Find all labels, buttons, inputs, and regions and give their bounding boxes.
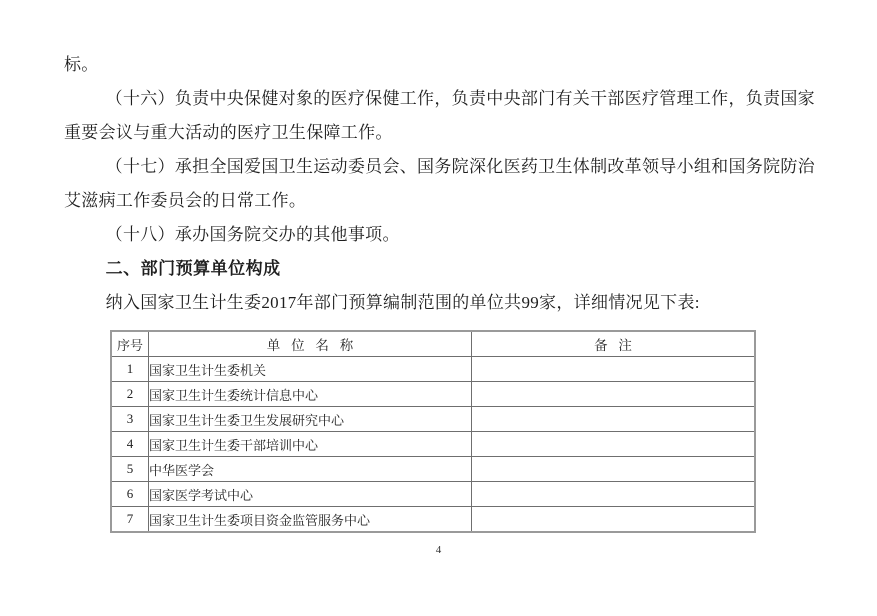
table-row: 6 国家医学考试中心 (111, 482, 755, 507)
table-row: 2 国家卫生计生委统计信息中心 (111, 382, 755, 407)
table-row: 7 国家卫生计生委项目资金监管服务中心 (111, 507, 755, 533)
cell-unit-name: 国家卫生计生委统计信息中心 (149, 382, 472, 407)
cell-serial: 5 (111, 457, 149, 482)
cell-serial: 2 (111, 382, 149, 407)
cell-note (472, 357, 756, 382)
cell-unit-name: 国家医学考试中心 (149, 482, 472, 507)
cell-serial: 1 (111, 357, 149, 382)
units-table: 序号 单 位 名 称 备 注 1 国家卫生计生委机关 2 国家卫生计生委统计信息… (110, 330, 756, 533)
cell-unit-name: 中华医学会 (149, 457, 472, 482)
table-row: 1 国家卫生计生委机关 (111, 357, 755, 382)
paragraph-16: （十六）负责中央保健对象的医疗保健工作，负责中央部门有关干部医疗管理工作，负责国… (64, 82, 815, 150)
table-row: 4 国家卫生计生委干部培训中心 (111, 432, 755, 457)
cell-note (472, 507, 756, 533)
section-heading: 二、部门预算单位构成 (64, 252, 815, 286)
cell-serial: 7 (111, 507, 149, 533)
cell-note (472, 382, 756, 407)
header-serial: 序号 (111, 331, 149, 357)
cell-unit-name: 国家卫生计生委项目资金监管服务中心 (149, 507, 472, 533)
cell-note (472, 482, 756, 507)
cell-unit-name: 国家卫生计生委机关 (149, 357, 472, 382)
header-note: 备 注 (472, 331, 756, 357)
paragraph-17: （十七）承担全国爱国卫生运动委员会、国务院深化医药卫生体制改革领导小组和国务院防… (64, 150, 815, 218)
table-header-row: 序号 单 位 名 称 备 注 (111, 331, 755, 357)
cell-note (472, 457, 756, 482)
cell-note (472, 432, 756, 457)
body-text: 标。 （十六）负责中央保健对象的医疗保健工作，负责中央部门有关干部医疗管理工作，… (64, 48, 815, 320)
document-page: 标。 （十六）负责中央保健对象的医疗保健工作，负责中央部门有关干部医疗管理工作，… (0, 0, 877, 616)
table-row: 5 中华医学会 (111, 457, 755, 482)
cell-serial: 3 (111, 407, 149, 432)
continuation-line: 标。 (64, 48, 815, 82)
page-number: 4 (0, 544, 877, 556)
header-unit-name: 单 位 名 称 (149, 331, 472, 357)
cell-unit-name: 国家卫生计生委卫生发展研究中心 (149, 407, 472, 432)
cell-serial: 6 (111, 482, 149, 507)
cell-note (472, 407, 756, 432)
paragraph-18: （十八）承办国务院交办的其他事项。 (64, 218, 815, 252)
table-row: 3 国家卫生计生委卫生发展研究中心 (111, 407, 755, 432)
cell-serial: 4 (111, 432, 149, 457)
intro-paragraph: 纳入国家卫生计生委2017年部门预算编制范围的单位共99家，详细情况见下表: (64, 286, 815, 320)
cell-unit-name: 国家卫生计生委干部培训中心 (149, 432, 472, 457)
